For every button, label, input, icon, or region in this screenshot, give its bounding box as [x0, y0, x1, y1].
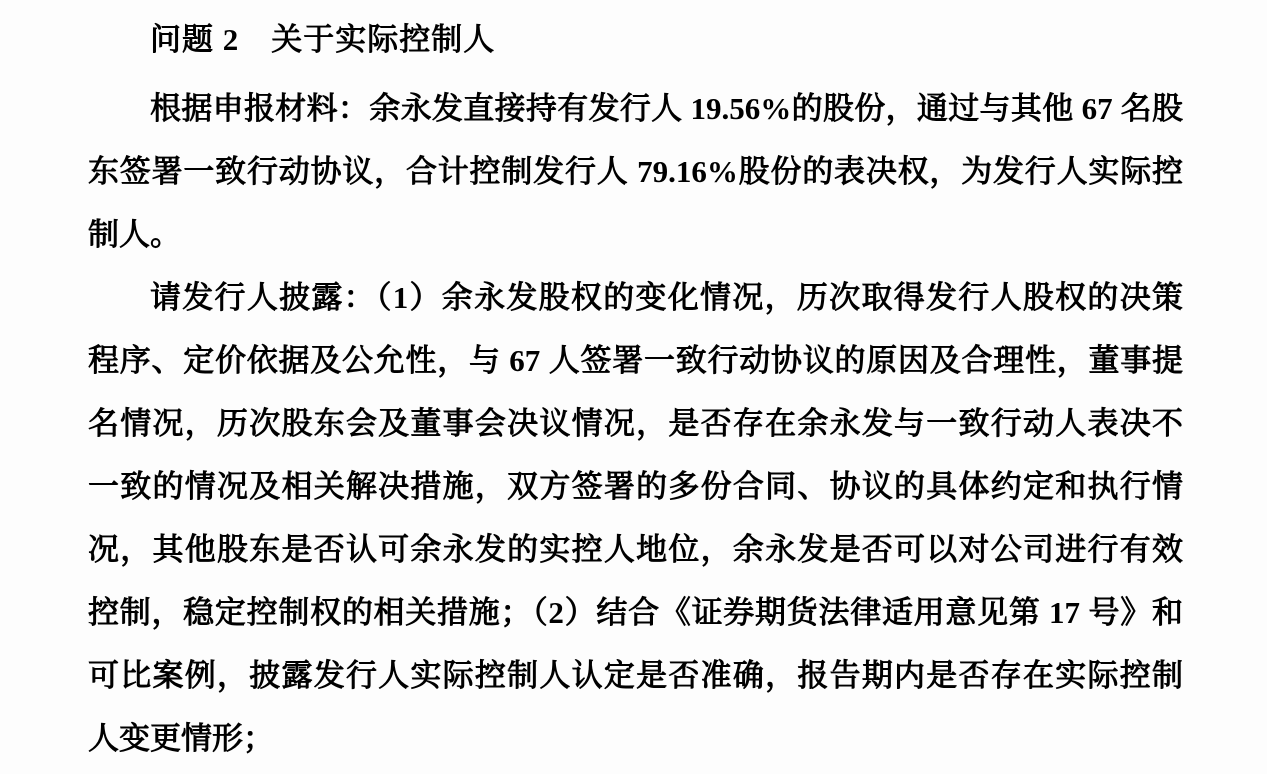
paragraph-line: 控制，稳定控制权的相关措施；（2）结合《证券期货法律适用意见第 17 号》和: [88, 581, 1183, 644]
paragraph-line: 东签署一致行动协议，合计控制发行人 79.16%股份的表决权，为发行人实际控: [88, 140, 1183, 203]
paragraph-line: 名情况，历次股东会及董事会决议情况，是否存在余永发与一致行动人表决不: [88, 392, 1183, 455]
section-title: 问题 2 关于实际控制人: [88, 8, 1183, 71]
paragraph-line: 制人。: [88, 203, 1183, 266]
paragraph-line: 可比案例，披露发行人实际控制人认定是否准确，报告期内是否存在实际控制: [88, 644, 1183, 707]
paragraph-line: 况，其他股东是否认可余永发的实控人地位，余永发是否可以对公司进行有效: [88, 518, 1183, 581]
paragraph-line: 请发行人披露：（1）余永发股权的变化情况，历次取得发行人股权的决策: [88, 266, 1183, 329]
paragraph-line: 程序、定价依据及公允性，与 67 人签署一致行动协议的原因及合理性，董事提: [88, 329, 1183, 392]
paragraph-line: 人变更情形；: [88, 707, 1183, 770]
paragraph-line: 根据申报材料：余永发直接持有发行人 19.56%的股份，通过与其他 67 名股: [88, 77, 1183, 140]
document-page: 问题 2 关于实际控制人 根据申报材料：余永发直接持有发行人 19.56%的股份…: [0, 0, 1267, 770]
paragraph-line: 一致的情况及相关解决措施，双方签署的多份合同、协议的具体约定和执行情: [88, 455, 1183, 518]
